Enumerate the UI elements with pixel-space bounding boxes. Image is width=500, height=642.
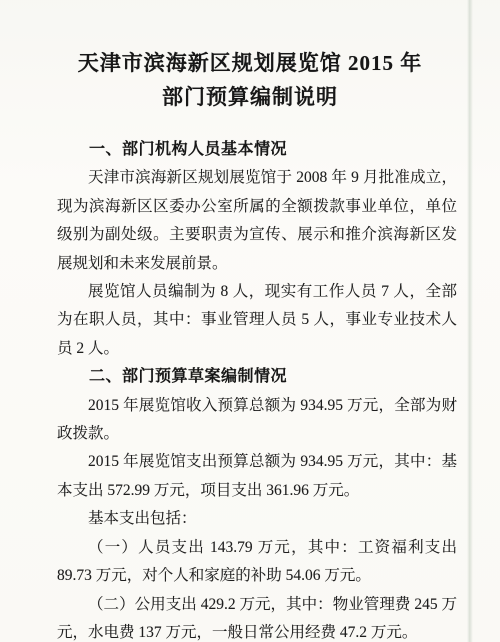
document-title-line-1: 天津市滨海新区规划展览馆 2015 年 (0, 46, 500, 80)
section-heading-2: 二、部门预算草案编制情况 (57, 363, 457, 391)
document-title-line-2: 部门预算编制说明 (0, 80, 500, 114)
paragraph: （一）人员支出 143.79 万元，其中：工资福利支出 89.73 万元，对个人… (57, 534, 457, 591)
paragraph: 2015 年展览馆支出预算总额为 934.95 万元，其中：基本支出 572.9… (57, 448, 457, 505)
paragraph: 基本支出包括： (57, 505, 457, 533)
paragraph: 天津市滨海新区规划展览馆于 2008 年 9 月批准成立，现为滨海新区区委办公室… (57, 164, 457, 278)
document-page: 天津市滨海新区规划展览馆 2015 年 部门预算编制说明 一、部门机构人员基本情… (0, 0, 500, 642)
paragraph: （二）公用支出 429.2 万元，其中：物业管理费 245 万元，水电费 137… (57, 591, 457, 642)
document-title: 天津市滨海新区规划展览馆 2015 年 部门预算编制说明 (0, 0, 500, 114)
paragraph: 展览馆人员编制为 8 人，现实有工作人员 7 人，全部为在职人员，其中：事业管理… (57, 278, 457, 363)
section-heading-1: 一、部门机构人员基本情况 (57, 136, 457, 164)
paragraph: 2015 年展览馆收入预算总额为 934.95 万元，全部为财政拨款。 (57, 392, 457, 449)
document-body: 一、部门机构人员基本情况 天津市滨海新区规划展览馆于 2008 年 9 月批准成… (57, 136, 457, 642)
